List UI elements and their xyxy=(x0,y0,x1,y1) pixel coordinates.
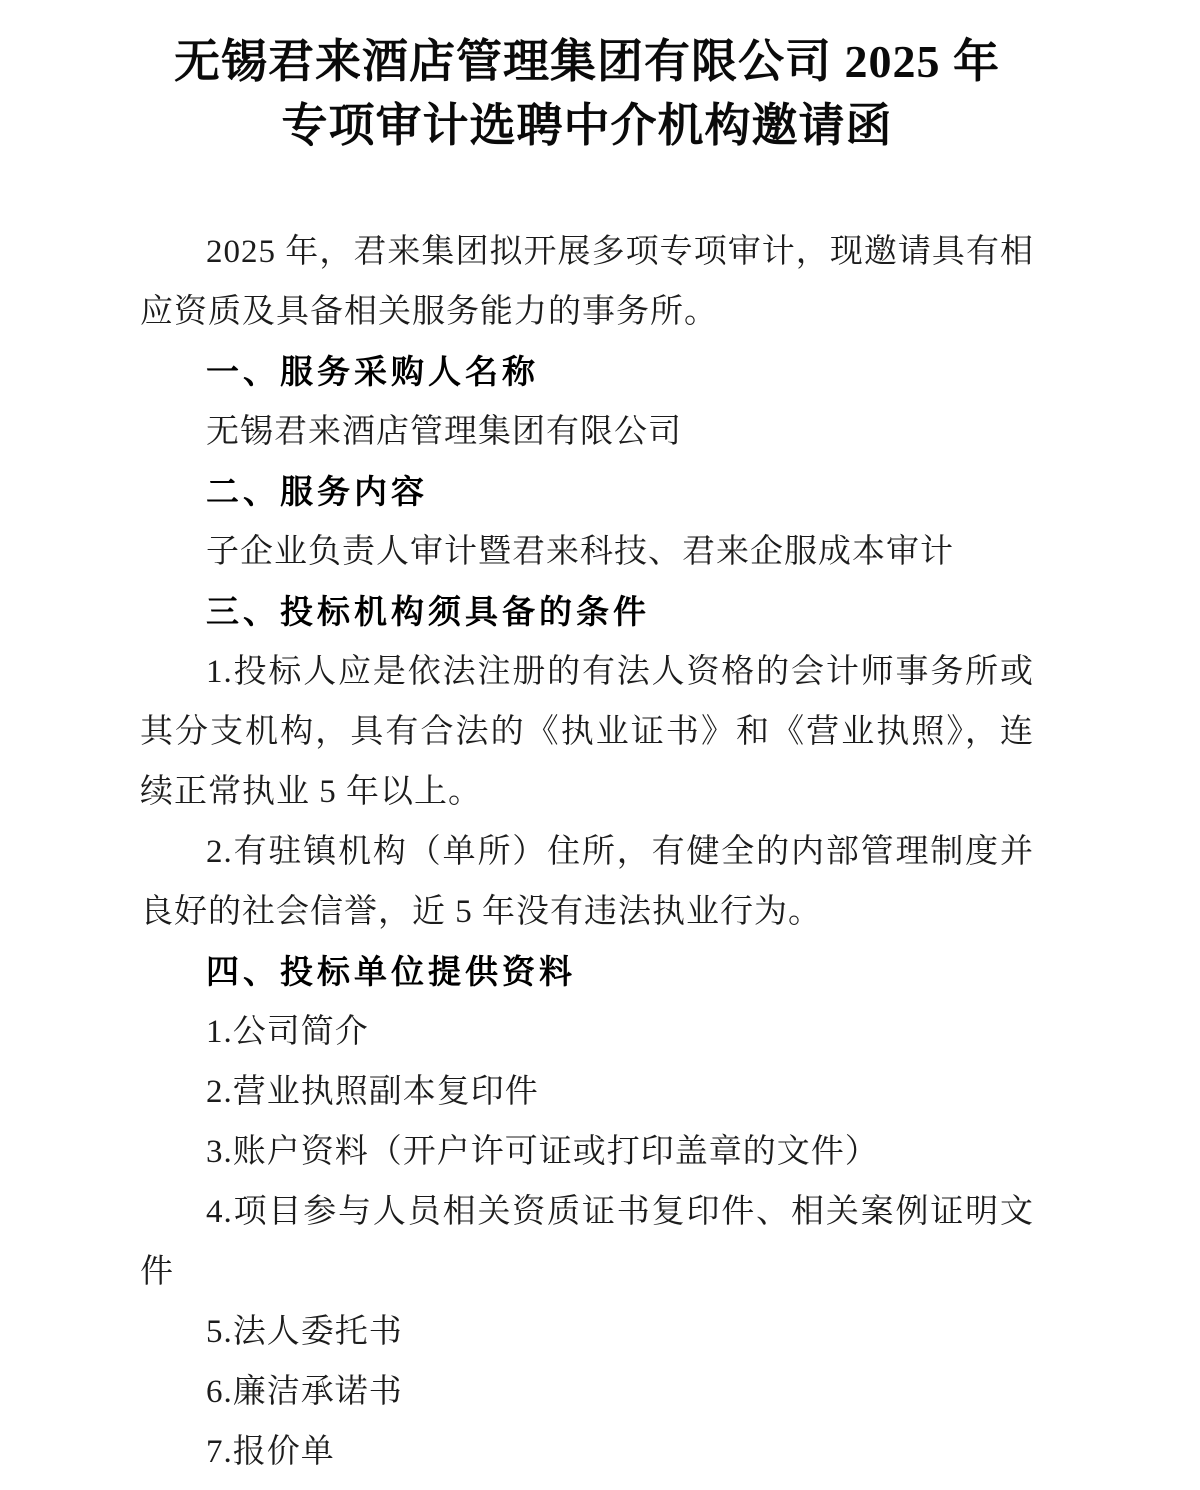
document-page: 无锡君来酒店管理集团有限公司 2025 年 专项审计选聘中介机构邀请函 2025… xyxy=(0,0,1200,1490)
section-3-condition-1: 1.投标人应是依法注册的有法人资格的会计师事务所或其分支机构，具有合法的《执业证… xyxy=(140,642,1034,822)
intro-paragraph: 2025 年，君来集团拟开展多项专项审计，现邀请具有相应资质及具备相关服务能力的… xyxy=(140,222,1034,342)
section-4-item-3: 3.账户资料（开户许可证或打印盖章的文件） xyxy=(140,1122,1034,1182)
section-2-heading: 二、服务内容 xyxy=(140,462,1034,522)
section-4-item-7: 7.报价单 xyxy=(140,1422,1034,1482)
section-4-heading: 四、投标单位提供资料 xyxy=(140,942,1034,1002)
section-4-item-1: 1.公司简介 xyxy=(140,1002,1034,1062)
document-title-line-1: 无锡君来酒店管理集团有限公司 2025 年 xyxy=(140,30,1034,94)
section-1-paragraph-purchaser-name: 无锡君来酒店管理集团有限公司 xyxy=(140,402,1034,462)
section-4-item-5: 5.法人委托书 xyxy=(140,1302,1034,1362)
document-body: 2025 年，君来集团拟开展多项专项审计，现邀请具有相应资质及具备相关服务能力的… xyxy=(140,222,1034,1482)
section-4-item-6: 6.廉洁承诺书 xyxy=(140,1362,1034,1422)
document-title-line-2: 专项审计选聘中介机构邀请函 xyxy=(140,94,1034,158)
section-3-heading: 三、投标机构须具备的条件 xyxy=(140,582,1034,642)
section-4-item-4: 4.项目参与人员相关资质证书复印件、相关案例证明文件 xyxy=(140,1182,1034,1302)
section-1-heading: 一、服务采购人名称 xyxy=(140,342,1034,402)
section-2-paragraph-service-content: 子企业负责人审计暨君来科技、君来企服成本审计 xyxy=(140,522,1034,582)
document-title: 无锡君来酒店管理集团有限公司 2025 年 专项审计选聘中介机构邀请函 xyxy=(140,30,1034,158)
section-3-condition-2: 2.有驻镇机构（单所）住所，有健全的内部管理制度并良好的社会信誉，近 5 年没有… xyxy=(140,822,1034,942)
section-4-item-2: 2.营业执照副本复印件 xyxy=(140,1062,1034,1122)
